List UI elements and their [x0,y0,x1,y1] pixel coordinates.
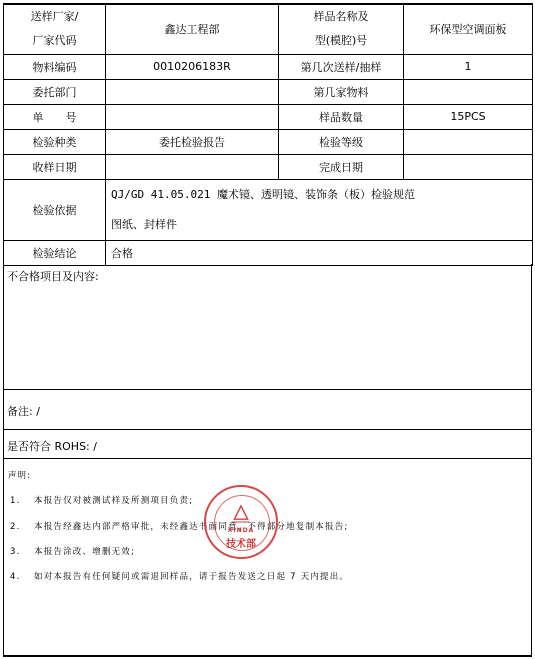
sample-name-value: 环保型空调面板 [404,4,533,54]
conclusion-label: 检验结论 [4,240,106,265]
basis-label: 检验依据 [4,179,106,240]
supplier-index-label: 第几家物料 [279,79,404,104]
basis-value: QJ/GD 41.05.021 魔术镜、透明镜、装饰条（板）检验规范 图纸、封样… [106,179,533,240]
sampling-round-value: 1 [404,54,533,79]
supplier-label: 送样厂家/ 厂家代码 [4,4,106,54]
department-label: 委托部门 [4,79,106,104]
remarks-section: 备注: / [3,390,532,430]
company-seal-stamp: XINDA 技术部 [204,485,278,559]
inspection-type-label: 检验种类 [4,129,106,154]
nonconforming-label: 不合格项目及内容: [4,264,531,288]
rohs-section: 是否符合 ROHS: / [3,430,532,459]
sample-quantity-label: 样品数量 [279,104,404,129]
material-code-label: 物料编码 [4,54,106,79]
supplier-index-value [404,79,533,104]
seal-department: 技术部 [206,535,276,550]
order-number-label: 单 号 [4,104,106,129]
seal-code: XINDA [206,527,276,534]
declaration-item: 4.如对本报告有任何疑问或需退回样品，请于报告发送之日起 7 天内提出。 [10,570,349,582]
inspection-grade-label: 检验等级 [279,129,404,154]
inspection-type-value: 委托检验报告 [106,129,279,154]
sampling-round-label: 第几次送样/抽样 [279,54,404,79]
rohs-label: 是否符合 ROHS: / [4,430,531,462]
declaration-item: 3.本报告涂改、增删无效; [10,545,135,557]
basis-line-2: 图纸、封样件 [111,210,532,240]
complete-date-value [404,154,533,179]
supplier-value: 鑫达工程部 [106,4,279,54]
conclusion-value: 合格 [106,240,533,265]
inspection-grade-value [404,129,533,154]
declaration-item: 2.本报告经鑫达内部严格审批，未经鑫达书面同意，不得部分地复制本报告; [10,520,348,532]
order-number-value [106,104,279,129]
receive-date-label: 收样日期 [4,154,106,179]
receive-date-value [106,154,279,179]
department-value [106,79,279,104]
complete-date-label: 完成日期 [279,154,404,179]
report-header-table: 送样厂家/ 厂家代码 鑫达工程部 样品名称及 型(模腔)号 环保型空调面板 物料… [3,3,533,266]
material-code-value: 0010206183R [106,54,279,79]
sample-quantity-value: 15PCS [404,104,533,129]
sample-name-label: 样品名称及 型(模腔)号 [279,4,404,54]
declaration-item: 1.本报告仅对被测试样及所测项目负责; [10,494,193,506]
nonconforming-section: 不合格项目及内容: [3,264,532,390]
declaration-title: 声明: [8,469,31,481]
inspection-report: 送样厂家/ 厂家代码 鑫达工程部 样品名称及 型(模腔)号 环保型空调面板 物料… [3,3,532,655]
remarks-label: 备注: / [4,390,531,432]
basis-line-1: QJ/GD 41.05.021 魔术镜、透明镜、装饰条（板）检验规范 [111,180,532,210]
